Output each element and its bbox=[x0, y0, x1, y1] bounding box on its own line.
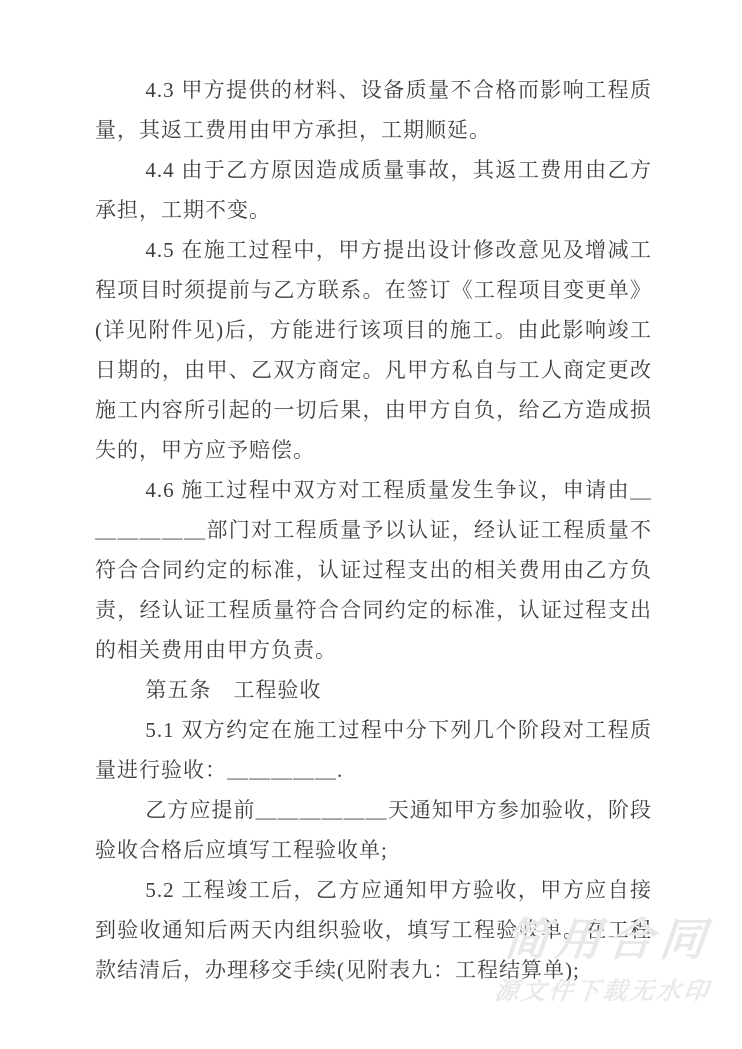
clause-5-1-notice: 乙方应提前＿＿＿＿＿＿天通知甲方参加验收，阶段验收合格后应填写工程验收单; bbox=[95, 790, 652, 870]
clause-4-3: 4.3 甲方提供的材料、设备质量不合格而影响工程质量，其返工费用由甲方承担，工期… bbox=[95, 70, 652, 150]
clause-5-2: 5.2 工程竣工后，乙方应通知甲方验收，甲方应自接到验收通知后两天内组织验收，填… bbox=[95, 870, 652, 990]
clause-5-1: 5.1 双方约定在施工过程中分下列几个阶段对工程质量进行验收：＿＿＿＿＿. bbox=[95, 710, 652, 790]
clause-4-4: 4.4 由于乙方原因造成质量事故，其返工费用由乙方承担，工期不变。 bbox=[95, 150, 652, 230]
document-page: 4.3 甲方提供的材料、设备质量不合格而影响工程质量，其返工费用由甲方承担，工期… bbox=[0, 0, 742, 1049]
contract-body: 4.3 甲方提供的材料、设备质量不合格而影响工程质量，其返工费用由甲方承担，工期… bbox=[95, 70, 652, 990]
article-5-heading: 第五条 工程验收 bbox=[95, 670, 652, 710]
clause-4-6: 4.6 施工过程中双方对工程质量发生争议，申请由＿＿＿＿＿＿部门对工程质量予以认… bbox=[95, 470, 652, 670]
clause-4-5: 4.5 在施工过程中，甲方提出设计修改意见及增减工程项目时须提前与乙方联系。在签… bbox=[95, 230, 652, 470]
